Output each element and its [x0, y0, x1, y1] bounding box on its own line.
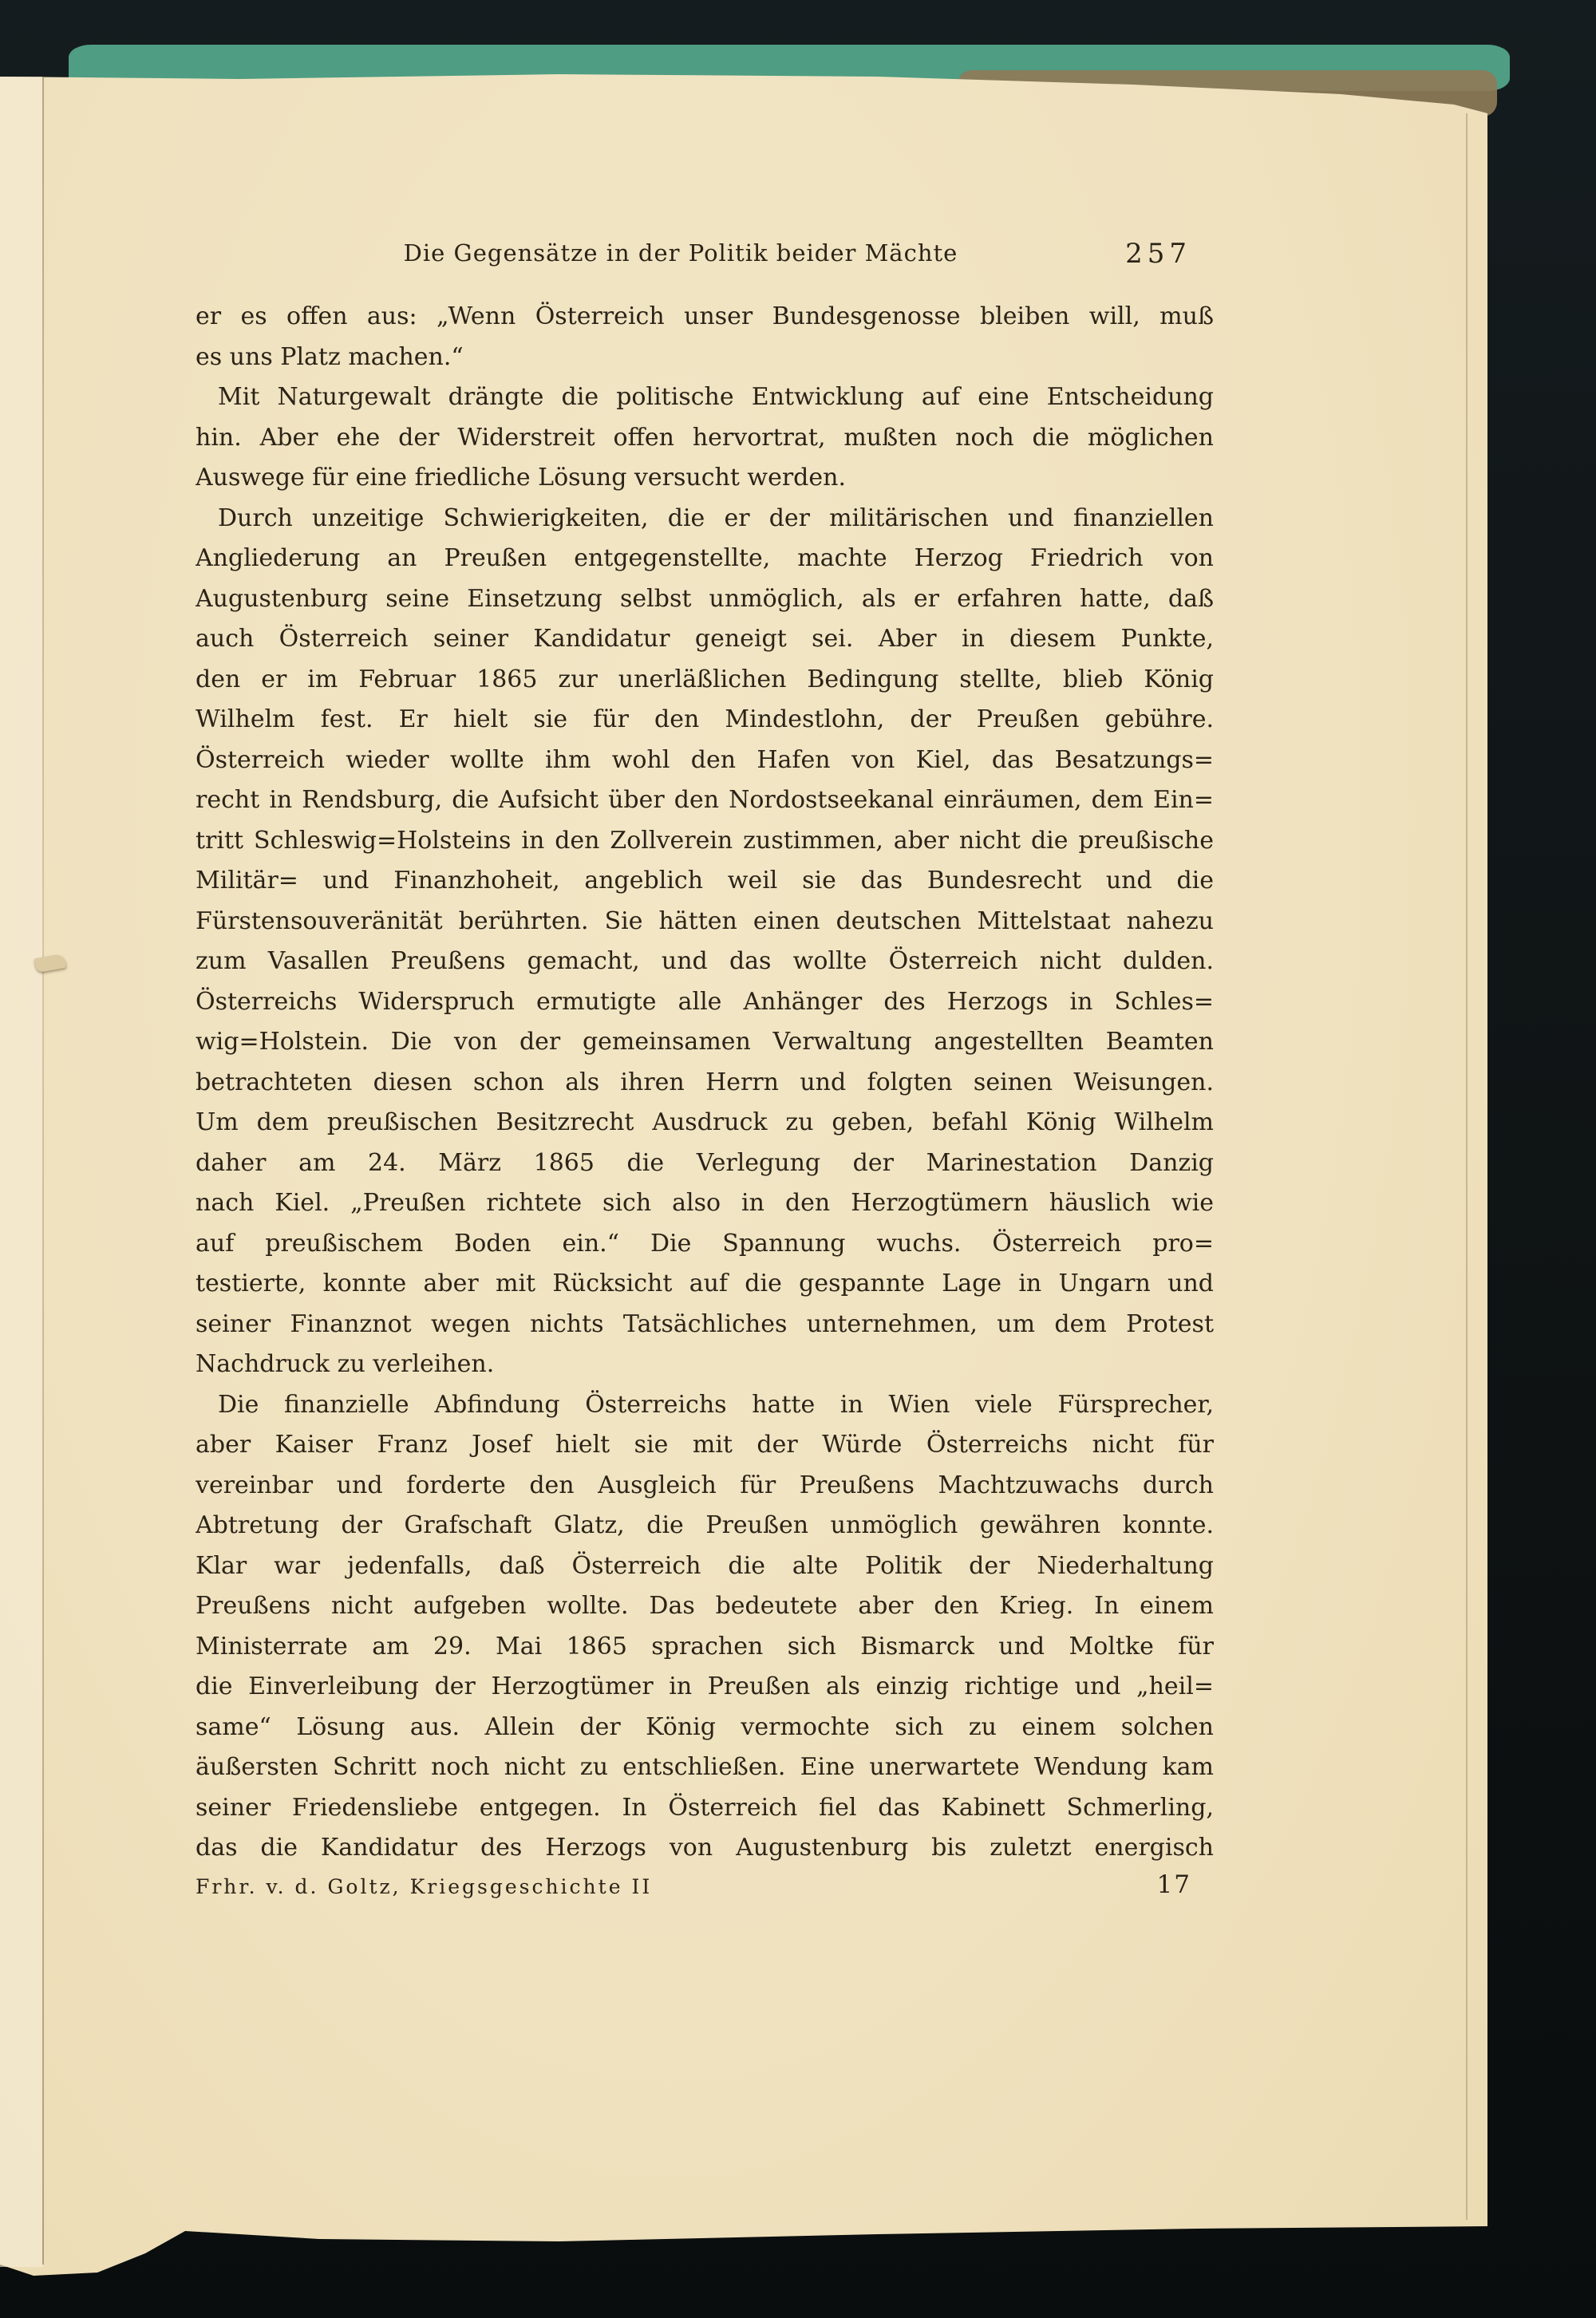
page-edge-stack [1487, 109, 1521, 2225]
running-title: Die Gegensätze in der Politik beider Mäc… [196, 239, 1214, 267]
page-number: 257 [1125, 238, 1191, 270]
text-line: Augustenburg seine Einsetzung selbst unm… [196, 579, 1214, 620]
text-line: Abtretung der Grafschaft Glatz, die Preu… [196, 1506, 1214, 1546]
text-line: auf preußischem Boden ein.“ Die Spannung… [196, 1224, 1214, 1265]
text-line: Ministerrate am 29. Mai 1865 sprachen si… [196, 1627, 1214, 1668]
paragraph: Durch unzeitige Schwierigkeiten, die er … [196, 499, 1214, 1385]
text-line: Die finanzielle Abfindung Österreichs ha… [196, 1385, 1214, 1426]
text-line: vereinbar und forderte den Ausgleich für… [196, 1466, 1214, 1507]
text-line: Klar war jedenfalls, daß Österreich die … [196, 1546, 1214, 1587]
book-scan: Die Gegensätze in der Politik beider Mäc… [0, 0, 1596, 2318]
text-line: daher am 24. März 1865 die Verlegung der… [196, 1143, 1214, 1184]
paragraph: er es offen aus: „Wenn Österreich unser … [196, 297, 1214, 377]
text-line: hin. Aber ehe der Widerstreit offen herv… [196, 418, 1214, 459]
text-line: Mit Naturgewalt drängte die politische E… [196, 377, 1214, 418]
text-line: die Einverleibung der Herzogtümer in Pre… [196, 1667, 1214, 1708]
text-line: Nachdruck zu verleihen. [196, 1345, 1214, 1385]
paragraph: Die finanzielle Abfindung Österreichs ha… [196, 1385, 1214, 1869]
sheet-mark: 17 [1157, 1870, 1191, 1899]
text-line: Fürstensouveränität berührten. Sie hätte… [196, 902, 1214, 942]
text-line: auch Österreich seiner Kandidatur geneig… [196, 619, 1214, 660]
text-line: Wilhelm fest. Er hielt sie für den Minde… [196, 700, 1214, 740]
text-line: es uns Platz machen.“ [196, 338, 1214, 378]
text-line: Militär= und Finanzhoheit, angeblich wei… [196, 861, 1214, 902]
text-line: das die Kandidatur des Herzogs von Augus… [196, 1828, 1214, 1869]
text-line: seiner Friedensliebe entgegen. In Österr… [196, 1788, 1214, 1829]
text-line: zum Vasallen Preußens gemacht, und das w… [196, 942, 1214, 982]
text-line: same“ Lösung aus. Allein der König vermo… [196, 1708, 1214, 1748]
text-line: Auswege für eine friedliche Lösung versu… [196, 458, 1214, 499]
paragraph: Mit Naturgewalt drängte die politische E… [196, 377, 1214, 499]
right-fold-line [1466, 113, 1468, 2220]
text-line: seiner Finanznot wegen nichts Tatsächlic… [196, 1305, 1214, 1345]
text-line: den er im Februar 1865 zur unerläßlichen… [196, 660, 1214, 701]
page-header: Die Gegensätze in der Politik beider Mäc… [196, 239, 1214, 276]
text-line: Österreich wieder wollte ihm wohl den Ha… [196, 740, 1214, 781]
text-line: aber Kaiser Franz Josef hielt sie mit de… [196, 1425, 1214, 1466]
gutter-fold-line [42, 77, 44, 2265]
text-line: nach Kiel. „Preußen richtete sich also i… [196, 1183, 1214, 1224]
text-line: Durch unzeitige Schwierigkeiten, die er … [196, 499, 1214, 539]
text-line: äußersten Schritt noch nicht zu entschli… [196, 1747, 1214, 1788]
text-line: tritt Schleswig=Holsteins in den Zollver… [196, 821, 1214, 862]
text-line: wig=Holstein. Die von der gemeinsamen Ve… [196, 1022, 1214, 1063]
body-text: er es offen aus: „Wenn Österreich unser … [196, 297, 1214, 1869]
text-line: Um dem preußischen Besitzrecht Ausdruck … [196, 1103, 1214, 1143]
page-footer: Frhr. v. d. Goltz, Kriegsgeschichte II 1… [196, 1875, 1214, 1910]
page-gutter [0, 77, 43, 2267]
text-line: betrachteten diesen schon als ihren Herr… [196, 1063, 1214, 1104]
footer-signature: Frhr. v. d. Goltz, Kriegsgeschichte II [196, 1875, 652, 1898]
text-line: Österreichs Widerspruch ermutigte alle A… [196, 982, 1214, 1023]
text-line: er es offen aus: „Wenn Österreich unser … [196, 297, 1214, 338]
text-line: Preußens nicht aufgeben wollte. Das bede… [196, 1586, 1214, 1627]
text-line: testierte, konnte aber mit Rücksicht auf… [196, 1264, 1214, 1305]
text-line: recht in Rendsburg, die Aufsicht über de… [196, 780, 1214, 821]
text-line: Angliederung an Preußen entgegenstellte,… [196, 539, 1214, 579]
